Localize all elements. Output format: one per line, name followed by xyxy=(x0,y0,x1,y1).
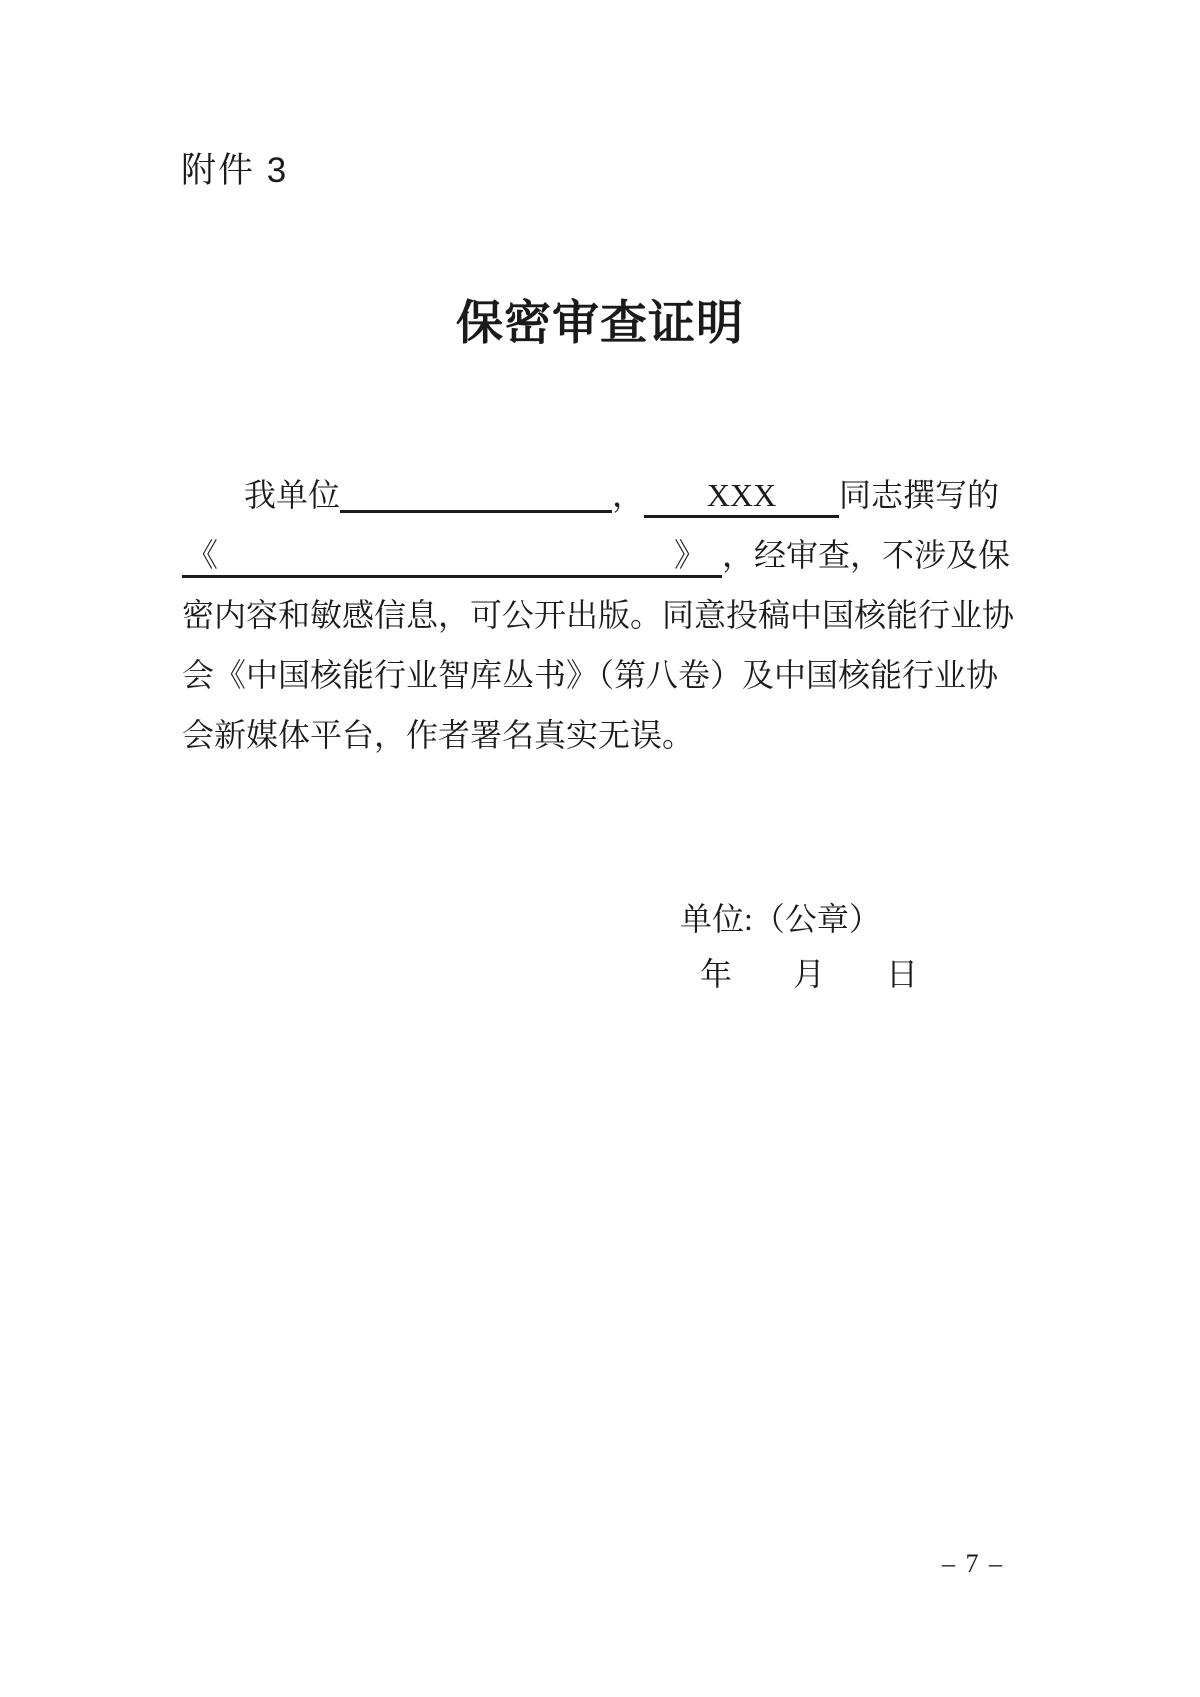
paragraph-line-5: 会新媒体平台，作者署名真实无误。 xyxy=(182,705,1042,765)
blank-unit-name-field xyxy=(340,510,612,513)
day-label: 日 xyxy=(886,949,918,995)
page-title: 保密审查证明 xyxy=(0,286,1200,353)
paragraph-line-1: 我单位，XXX同志撰写的 xyxy=(182,465,1042,525)
blank-article-title-field: 《》 xyxy=(182,535,722,578)
signature-unit-seal-line: 单位:（公章） xyxy=(680,894,881,940)
author-placeholder: XXX xyxy=(707,477,776,513)
document-page: 附件 3 保密审查证明 我单位，XXX同志撰写的 《》，经审查，不涉及保 密内容… xyxy=(0,0,1200,1697)
paragraph-line-3: 密内容和敏感信息，可公开出版。同意投稿中国核能行业协 xyxy=(182,585,1042,645)
body-paragraph: 我单位，XXX同志撰写的 《》，经审查，不涉及保 密内容和敏感信息，可公开出版。… xyxy=(182,465,1042,765)
paragraph-line-4: 会《中国核能行业智库丛书》（第八卷）及中国核能行业协 xyxy=(182,645,1042,705)
line1-suffix: 同志撰写的 xyxy=(839,477,999,513)
close-title-bracket: 》 xyxy=(674,535,706,575)
page-number: – 7 – xyxy=(942,1549,1004,1579)
year-label: 年 xyxy=(700,949,732,995)
line1-comma: ， xyxy=(612,477,644,513)
paragraph-line-2: 《》，经审查，不涉及保 xyxy=(182,525,1042,585)
line1-prefix: 我单位 xyxy=(244,477,340,513)
month-label: 月 xyxy=(793,949,825,995)
attachment-label: 附件 3 xyxy=(181,143,288,193)
line2-text: ，经审查，不涉及保 xyxy=(722,537,1010,573)
blank-author-name-field: XXX xyxy=(644,475,839,518)
open-title-bracket: 《 xyxy=(186,535,218,575)
signature-date-line: 年 月 日 xyxy=(700,949,918,995)
